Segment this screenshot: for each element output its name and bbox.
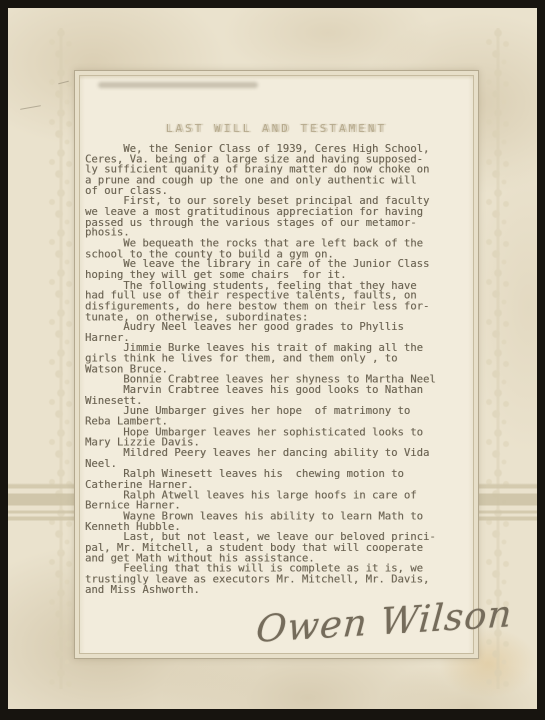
embossed-floral-border-right xyxy=(481,28,515,689)
embossed-stripe-band-left xyxy=(8,483,78,529)
printed-photo-frame-inner-line: LAST WILL AND TESTAMENT We, the Senior C… xyxy=(79,75,474,654)
ink-smudge xyxy=(98,82,258,88)
album-page: LAST WILL AND TESTAMENT We, the Senior C… xyxy=(8,8,537,709)
document-body-text: We, the Senior Class of 1939, Ceres High… xyxy=(80,144,473,595)
embossed-floral-border-left xyxy=(44,28,78,689)
printed-photo-frame: LAST WILL AND TESTAMENT We, the Senior C… xyxy=(74,70,479,659)
scanned-photo-canvas: LAST WILL AND TESTAMENT We, the Senior C… xyxy=(0,0,545,720)
pencil-scratch-mark xyxy=(20,105,41,110)
document-title: LAST WILL AND TESTAMENT xyxy=(80,122,473,135)
typewritten-letter: LAST WILL AND TESTAMENT We, the Senior C… xyxy=(80,76,473,653)
